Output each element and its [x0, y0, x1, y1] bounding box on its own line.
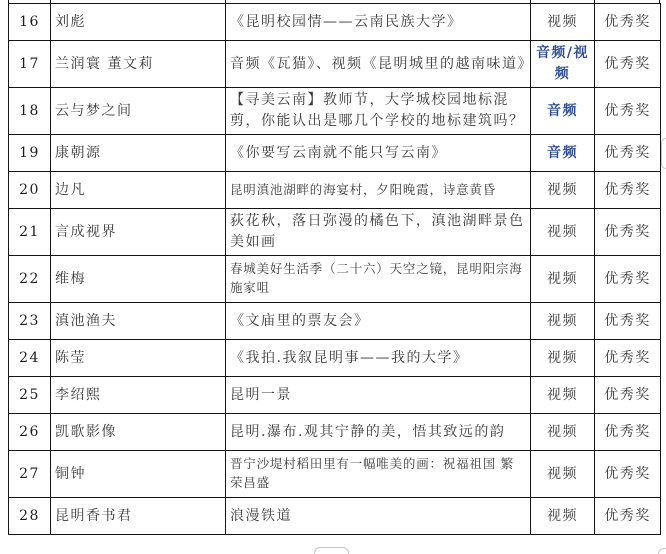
author-cell: 言成视界 — [51, 209, 226, 256]
row-number-cell: 26 — [9, 414, 51, 451]
bottom-corner-partial-button[interactable] — [658, 548, 666, 554]
table-row: 20边凡昆明滇池湖畔的海宴村，夕阳晚霞，诗意黄昏视频优秀奖 — [9, 172, 661, 209]
row-number-cell: 23 — [9, 303, 51, 340]
bottom-partial-button[interactable] — [314, 547, 349, 554]
work-title-cell: 荻花秋，落日弥漫的橘色下，滇池湖畔景色美如画 — [226, 209, 531, 256]
award-cell: 优秀奖 — [595, 498, 661, 535]
row-number-cell: 25 — [9, 377, 51, 414]
table-row: 22维梅春城美好生活季（二十六）天空之镜，昆明阳宗海施家咀视频优秀奖 — [9, 256, 661, 303]
award-cell: 优秀奖 — [595, 4, 661, 41]
row-number-cell: 21 — [9, 209, 51, 256]
author-cell: 边凡 — [51, 172, 226, 209]
author-cell: 云与梦之间 — [51, 88, 226, 135]
right-edge-partial-button[interactable] — [661, 138, 666, 169]
media-type-cell: 视频 — [531, 4, 595, 41]
table-row: 16刘彪《昆明校园情——云南民族大学》视频优秀奖 — [9, 4, 661, 41]
row-number-cell: 27 — [9, 451, 51, 498]
award-cell: 优秀奖 — [595, 377, 661, 414]
award-cell: 优秀奖 — [595, 41, 661, 88]
author-cell: 兰润寰 董文莉 — [51, 41, 226, 88]
media-type-cell: 视频 — [531, 172, 595, 209]
row-number-cell: 16 — [9, 4, 51, 41]
author-cell: 康朝源 — [51, 135, 226, 172]
work-title-cell: 音频《瓦猫》、视频《昆明城里的越南味道》 — [226, 41, 531, 88]
media-type-cell: 视频 — [531, 498, 595, 535]
table-row: 27铜钟晋宁沙堤村稻田里有一幅唯美的画：祝福祖国 繁荣昌盛视频优秀奖 — [9, 451, 661, 498]
row-number-cell: 22 — [9, 256, 51, 303]
table-row: 23滇池渔夫《文庙里的票友会》视频优秀奖 — [9, 303, 661, 340]
media-type-cell: 音频 — [531, 88, 595, 135]
row-number-cell: 18 — [9, 88, 51, 135]
work-title-cell: 《我拍.我叙昆明事——我的大学》 — [226, 340, 531, 377]
table-row: 19康朝源《你要写云南就不能只写云南》音频优秀奖 — [9, 135, 661, 172]
table-row: 21言成视界荻花秋，落日弥漫的橘色下，滇池湖畔景色美如画视频优秀奖 — [9, 209, 661, 256]
work-title-cell: 昆明.瀑布.观其宁静的美，悟其致远的韵 — [226, 414, 531, 451]
award-cell: 优秀奖 — [595, 172, 661, 209]
row-number-cell: 24 — [9, 340, 51, 377]
row-number-cell: 28 — [9, 498, 51, 535]
media-type-cell: 视频 — [531, 340, 595, 377]
award-cell: 优秀奖 — [595, 414, 661, 451]
table-row: 24陈莹《我拍.我叙昆明事——我的大学》视频优秀奖 — [9, 340, 661, 377]
work-title-cell: 昆明滇池湖畔的海宴村，夕阳晚霞，诗意黄昏 — [226, 172, 531, 209]
row-number-cell: 17 — [9, 41, 51, 88]
document-page: 16刘彪《昆明校园情——云南民族大学》视频优秀奖17兰润寰 董文莉音频《瓦猫》、… — [0, 0, 666, 554]
work-title-cell: 春城美好生活季（二十六）天空之镜，昆明阳宗海施家咀 — [226, 256, 531, 303]
media-type-cell: 视频 — [531, 209, 595, 256]
row-number-cell: 19 — [9, 135, 51, 172]
author-cell: 刘彪 — [51, 4, 226, 41]
author-cell: 昆明香书君 — [51, 498, 226, 535]
media-type-cell: 音频 — [531, 135, 595, 172]
author-cell: 凯歌影像 — [51, 414, 226, 451]
award-cell: 优秀奖 — [595, 303, 661, 340]
media-type-cell: 视频 — [531, 256, 595, 303]
row-number-cell: 20 — [9, 172, 51, 209]
author-cell: 铜钟 — [51, 451, 226, 498]
award-cell: 优秀奖 — [595, 451, 661, 498]
work-title-cell: 浪漫铁道 — [226, 498, 531, 535]
media-type-cell: 视频 — [531, 414, 595, 451]
awards-table: 16刘彪《昆明校园情——云南民族大学》视频优秀奖17兰润寰 董文莉音频《瓦猫》、… — [8, 3, 661, 535]
award-cell: 优秀奖 — [595, 209, 661, 256]
table-row: 25李绍熙昆明一景视频优秀奖 — [9, 377, 661, 414]
award-cell: 优秀奖 — [595, 340, 661, 377]
media-type-cell: 视频 — [531, 451, 595, 498]
author-cell: 维梅 — [51, 256, 226, 303]
award-cell: 优秀奖 — [595, 256, 661, 303]
awards-table-body: 16刘彪《昆明校园情——云南民族大学》视频优秀奖17兰润寰 董文莉音频《瓦猫》、… — [9, 4, 661, 535]
table-row: 18云与梦之间【寻美云南】教师节，大学城校园地标混剪，你能认出是哪几个学校的地标… — [9, 88, 661, 135]
award-cell: 优秀奖 — [595, 88, 661, 135]
media-type-cell: 视频 — [531, 377, 595, 414]
work-title-cell: 《文庙里的票友会》 — [226, 303, 531, 340]
table-row: 26凯歌影像昆明.瀑布.观其宁静的美，悟其致远的韵视频优秀奖 — [9, 414, 661, 451]
work-title-cell: 【寻美云南】教师节，大学城校园地标混剪，你能认出是哪几个学校的地标建筑吗？ — [226, 88, 531, 135]
author-cell: 李绍熙 — [51, 377, 226, 414]
table-row: 28昆明香书君浪漫铁道视频优秀奖 — [9, 498, 661, 535]
work-title-cell: 昆明一景 — [226, 377, 531, 414]
table-row: 17兰润寰 董文莉音频《瓦猫》、视频《昆明城里的越南味道》音频/视频优秀奖 — [9, 41, 661, 88]
award-cell: 优秀奖 — [595, 135, 661, 172]
author-cell: 陈莹 — [51, 340, 226, 377]
work-title-cell: 《你要写云南就不能只写云南》 — [226, 135, 531, 172]
work-title-cell: 《昆明校园情——云南民族大学》 — [226, 4, 531, 41]
media-type-cell: 视频 — [531, 303, 595, 340]
author-cell: 滇池渔夫 — [51, 303, 226, 340]
work-title-cell: 晋宁沙堤村稻田里有一幅唯美的画：祝福祖国 繁荣昌盛 — [226, 451, 531, 498]
media-type-cell: 音频/视频 — [531, 41, 595, 88]
